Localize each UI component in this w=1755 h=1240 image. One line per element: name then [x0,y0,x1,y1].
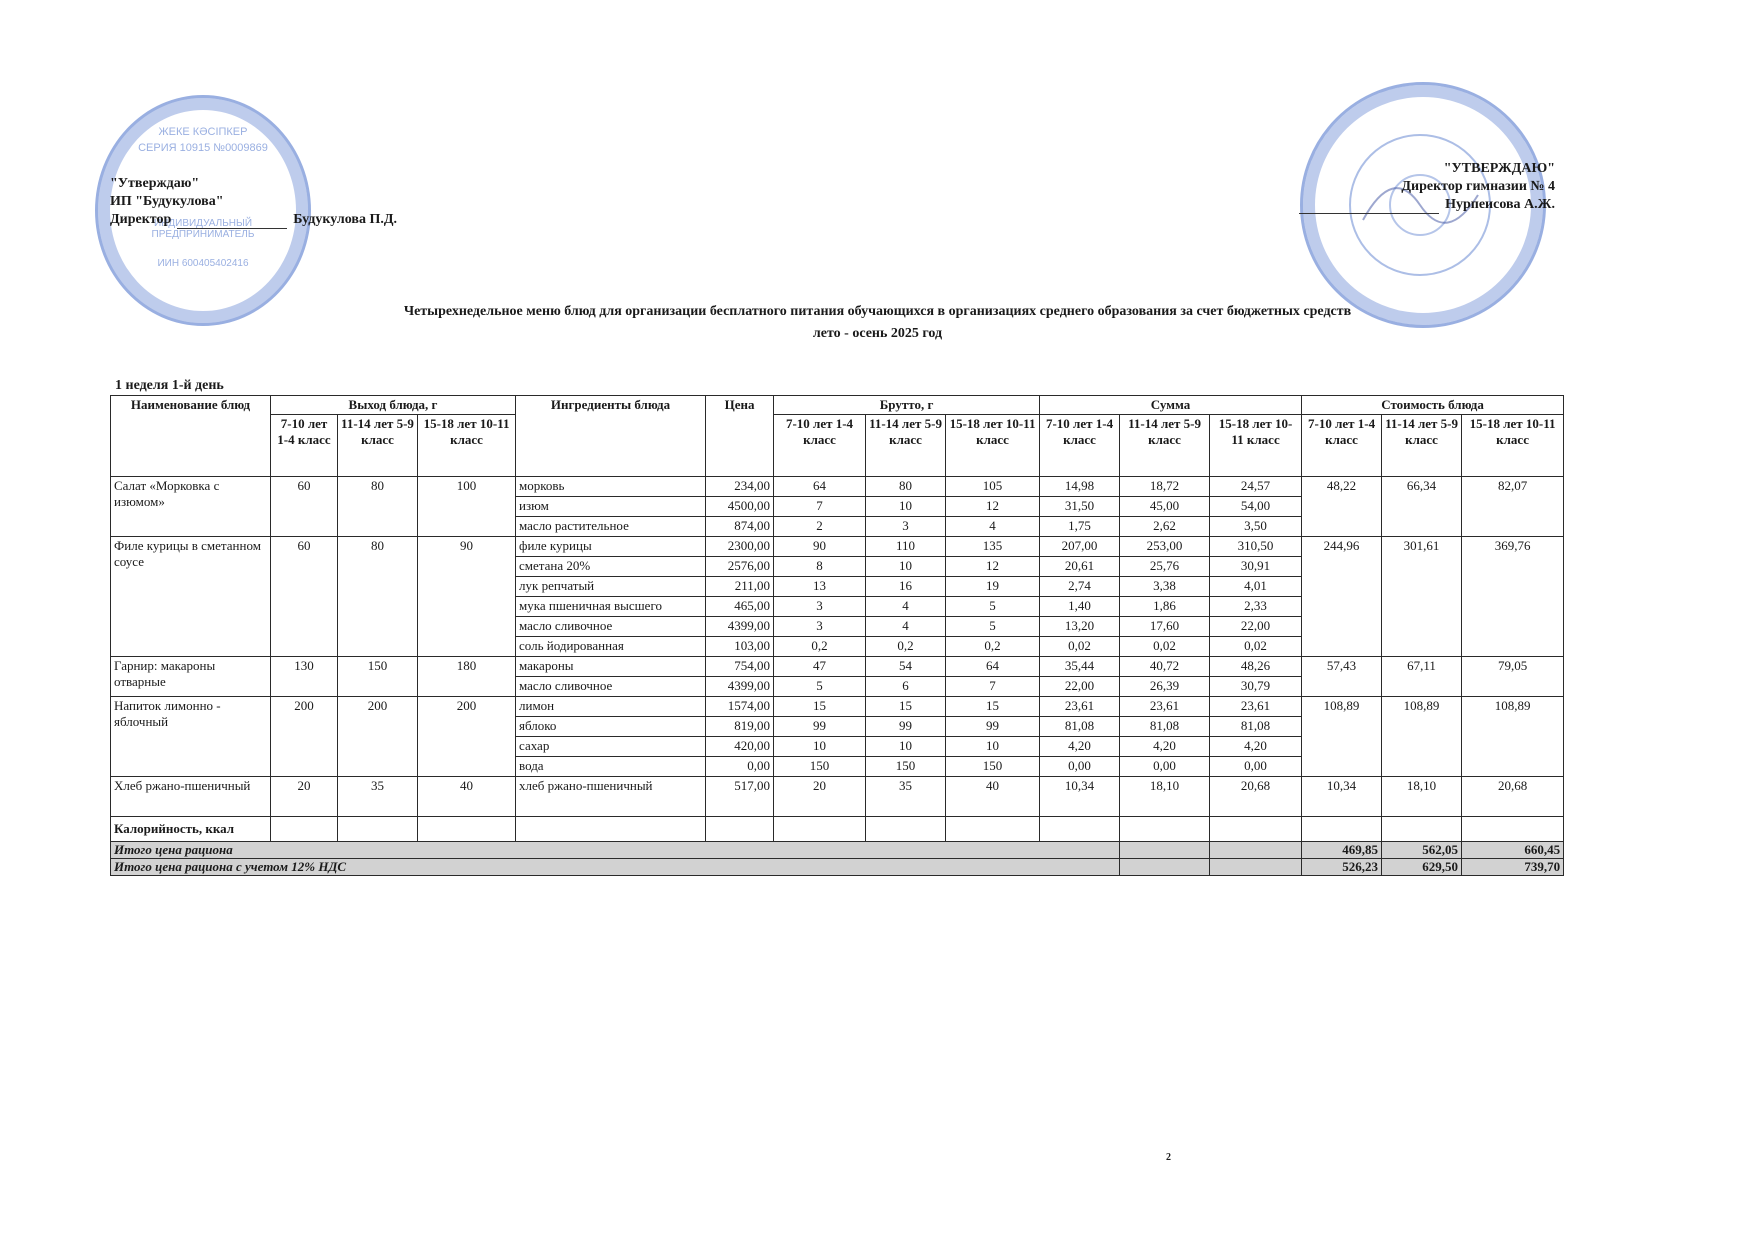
ingredient-sum: 25,76 [1120,557,1210,577]
ingredient-sum: 2,74 [1040,577,1120,597]
ingredient-brutto: 10 [866,497,946,517]
dish-yield: 180 [418,657,516,697]
dish-cost: 48,22 [1302,477,1382,537]
ingredient-price: 819,00 [706,717,774,737]
total-vat-label: Итого цена рациона с учетом 12% НДС [111,859,1120,876]
ingredient-brutto: 7 [774,497,866,517]
ingredient-name: филе курицы [516,537,706,557]
ingredient-sum: 81,08 [1120,717,1210,737]
total-value: 562,05 [1382,842,1462,859]
ingredient-sum: 54,00 [1210,497,1302,517]
ingredient-brutto: 64 [946,657,1040,677]
ingredient-brutto: 5 [946,617,1040,637]
header-sum: Сумма [1040,396,1302,415]
ingredient-sum: 0,02 [1040,637,1120,657]
dish-name: Напиток лимонно - яблочный [111,697,271,777]
ingredient-sum: 26,39 [1120,677,1210,697]
ingredient-name: макароны [516,657,706,677]
ingredient-sum: 81,08 [1040,717,1120,737]
header-price: Цена [706,396,774,477]
header-yield-col: 7-10 лет 1-4 класс [271,415,338,477]
dish-name: Гарнир: макароны отварные [111,657,271,697]
ingredient-price: 465,00 [706,597,774,617]
ingredient-brutto: 47 [774,657,866,677]
ingredient-brutto: 3 [866,517,946,537]
ingredient-brutto: 19 [946,577,1040,597]
dish-yield: 200 [338,697,418,777]
ingredient-brutto: 99 [866,717,946,737]
total-vat-row: Итого цена рациона с учетом 12% НДС 526,… [111,859,1564,876]
ingredient-price: 1574,00 [706,697,774,717]
ingredient-price: 4399,00 [706,617,774,637]
header-cost: Стоимость блюда [1302,396,1564,415]
ingredient-brutto: 150 [774,757,866,777]
header-yield-col: 15-18 лет 10-11 класс [418,415,516,477]
dish-cost: 244,96 [1302,537,1382,657]
approval-right-line1: "УТВЕРЖДАЮ" [1299,160,1555,178]
header-cost-col: 11-14 лет 5-9 класс [1382,415,1462,477]
ingredient-name: яблоко [516,717,706,737]
signature-line [177,228,287,229]
ingredient-brutto: 0,2 [946,637,1040,657]
table-row: Хлеб ржано-пшеничный203540хлеб ржано-пше… [111,777,1564,817]
ingredient-brutto: 54 [866,657,946,677]
approval-left-signature-line: ДиректорБудукулова П.Д. [110,211,397,229]
ingredient-price: 874,00 [706,517,774,537]
header-brutto-col: 11-14 лет 5-9 класс [866,415,946,477]
calories-row: Калорийность, ккал [111,817,1564,842]
ingredient-sum: 48,26 [1210,657,1302,677]
ingredient-sum: 4,20 [1120,737,1210,757]
ingredient-brutto: 110 [866,537,946,557]
dish-yield: 100 [418,477,516,537]
ingredient-brutto: 7 [946,677,1040,697]
ingredient-brutto: 64 [774,477,866,497]
dish-cost: 369,76 [1462,537,1564,657]
table-row: Напиток лимонно - яблочный200200200лимон… [111,697,1564,717]
ingredient-name: морковь [516,477,706,497]
total-value: 660,45 [1462,842,1564,859]
dish-cost: 108,89 [1302,697,1382,777]
ingredient-price: 2576,00 [706,557,774,577]
dish-yield: 200 [418,697,516,777]
ingredient-name: соль йодированная [516,637,706,657]
header-sum-col: 7-10 лет 1-4 класс [1040,415,1120,477]
ingredient-name: хлеб ржано-пшеничный [516,777,706,817]
dish-cost: 57,43 [1302,657,1382,697]
ingredient-sum: 4,20 [1040,737,1120,757]
approval-right-name: Нурпеисова А.Ж. [1445,197,1555,212]
ingredient-brutto: 99 [946,717,1040,737]
ingredient-name: сметана 20% [516,557,706,577]
ingredient-sum: 1,40 [1040,597,1120,617]
ingredient-sum: 0,00 [1120,757,1210,777]
ingredient-sum: 0,00 [1210,757,1302,777]
dish-cost: 82,07 [1462,477,1564,537]
ingredient-sum: 14,98 [1040,477,1120,497]
header-sum-col: 15-18 лет 10-11 класс [1210,415,1302,477]
ingredient-brutto: 0,2 [866,637,946,657]
ingredient-sum: 253,00 [1120,537,1210,557]
table-row: Салат «Морковка с изюмом»6080100морковь2… [111,477,1564,497]
ingredient-brutto: 80 [866,477,946,497]
ingredient-brutto: 4 [946,517,1040,537]
stamp-left-series: СЕРИЯ 10915 №0009869 [98,142,308,154]
ingredient-sum: 1,75 [1040,517,1120,537]
ingredient-brutto: 4 [866,597,946,617]
total-vat-value: 739,70 [1462,859,1564,876]
dish-yield: 130 [271,657,338,697]
approval-left: "Утверждаю" ИП "Будукулова" ДиректорБуду… [110,175,397,229]
ingredient-sum: 3,38 [1120,577,1210,597]
dish-cost: 79,05 [1462,657,1564,697]
dish-cost: 108,89 [1462,697,1564,777]
dish-cost: 108,89 [1382,697,1462,777]
header-yield-col: 11-14 лет 5-9 класс [338,415,418,477]
dish-cost: 10,34 [1302,777,1382,817]
ingredient-sum: 310,50 [1210,537,1302,557]
menu-table-body: Салат «Морковка с изюмом»6080100морковь2… [111,477,1564,817]
ingredient-price: 4399,00 [706,677,774,697]
header-cost-col: 7-10 лет 1-4 класс [1302,415,1382,477]
dish-name: Филе курицы в сметанном соусе [111,537,271,657]
ingredient-price: 211,00 [706,577,774,597]
ingredient-sum: 18,72 [1120,477,1210,497]
header-dish-name: Наименование блюд [111,396,271,477]
ingredient-name: масло растительное [516,517,706,537]
dish-yield: 35 [338,777,418,817]
ingredient-brutto: 90 [774,537,866,557]
total-vat-value: 629,50 [1382,859,1462,876]
ingredient-brutto: 2 [774,517,866,537]
ingredient-price: 517,00 [706,777,774,817]
ingredient-name: мука пшеничная высшего [516,597,706,617]
ingredient-sum: 0,00 [1040,757,1120,777]
ingredient-name: масло сливочное [516,677,706,697]
ingredient-sum: 23,61 [1210,697,1302,717]
dish-yield: 80 [338,537,418,657]
document-title: Четырехнедельное меню блюд для организац… [0,304,1755,320]
ingredient-brutto: 4 [866,617,946,637]
dish-cost: 66,34 [1382,477,1462,537]
approval-left-role: Директор [110,212,171,227]
ingredient-brutto: 10 [866,557,946,577]
dish-name: Хлеб ржано-пшеничный [111,777,271,817]
ingredient-brutto: 10 [866,737,946,757]
stamp-left-iin: ИИН 600405402416 [98,258,308,269]
stamp-left-top-text: ЖЕКЕ КӘСІПКЕР [98,126,308,138]
table-row: Филе курицы в сметанном соусе608090филе … [111,537,1564,557]
header-yield: Выход блюда, г [271,396,516,415]
ingredient-brutto: 5 [774,677,866,697]
ingredient-price: 103,00 [706,637,774,657]
ingredient-price: 420,00 [706,737,774,757]
ingredient-sum: 30,79 [1210,677,1302,697]
page-number: 2 [1166,1152,1171,1163]
dish-yield: 20 [271,777,338,817]
ingredient-sum: 13,20 [1040,617,1120,637]
ingredient-sum: 207,00 [1040,537,1120,557]
ingredient-brutto: 15 [946,697,1040,717]
dish-cost: 301,61 [1382,537,1462,657]
ingredient-name: вода [516,757,706,777]
total-label: Итого цена рациона [111,842,1120,859]
ingredient-brutto: 8 [774,557,866,577]
approval-left-line1: "Утверждаю" [110,175,397,193]
header-ingredients: Ингредиенты блюда [516,396,706,477]
ingredient-name: лимон [516,697,706,717]
ingredient-brutto: 12 [946,497,1040,517]
header-brutto-col: 15-18 лет 10-11 класс [946,415,1040,477]
ingredient-sum: 23,61 [1040,697,1120,717]
ingredient-brutto: 10 [774,737,866,757]
approval-left-line2: ИП "Будукулова" [110,193,397,211]
ingredient-sum: 22,00 [1040,677,1120,697]
header-cost-col: 15-18 лет 10-11 класс [1462,415,1564,477]
header-brutto-col: 7-10 лет 1-4 класс [774,415,866,477]
ingredient-sum: 1,86 [1120,597,1210,617]
ingredient-brutto: 0,2 [774,637,866,657]
ingredient-brutto: 16 [866,577,946,597]
ingredient-price: 2300,00 [706,537,774,557]
total-vat-value: 526,23 [1302,859,1382,876]
ingredient-brutto: 35 [866,777,946,817]
ingredient-sum: 24,57 [1210,477,1302,497]
ingredient-sum: 4,01 [1210,577,1302,597]
dish-yield: 200 [271,697,338,777]
approval-right-signature-line: Нурпеисова А.Ж. [1299,196,1555,214]
dish-yield: 90 [418,537,516,657]
dish-cost: 67,11 [1382,657,1462,697]
ingredient-sum: 31,50 [1040,497,1120,517]
ingredient-name: сахар [516,737,706,757]
ingredient-brutto: 12 [946,557,1040,577]
ingredient-sum: 4,20 [1210,737,1302,757]
ingredient-sum: 3,50 [1210,517,1302,537]
ingredient-brutto: 3 [774,597,866,617]
approval-left-name: Будукулова П.Д. [293,212,397,227]
ingredient-brutto: 40 [946,777,1040,817]
approval-right: "УТВЕРЖДАЮ" Директор гимназии № 4 Нурпеи… [1299,160,1555,214]
approval-right-line2: Директор гимназии № 4 [1299,178,1555,196]
ingredient-sum: 0,02 [1120,637,1210,657]
ingredient-sum: 81,08 [1210,717,1302,737]
ingredient-sum: 10,34 [1040,777,1120,817]
ingredient-price: 0,00 [706,757,774,777]
dish-name: Салат «Морковка с изюмом» [111,477,271,537]
ingredient-name: лук репчатый [516,577,706,597]
ingredient-sum: 30,91 [1210,557,1302,577]
dish-yield: 60 [271,477,338,537]
day-label: 1 неделя 1-й день [115,378,224,394]
dish-cost: 18,10 [1382,777,1462,817]
table-row: Гарнир: макароны отварные130150180макаро… [111,657,1564,677]
ingredient-brutto: 20 [774,777,866,817]
dish-yield: 150 [338,657,418,697]
ingredient-sum: 45,00 [1120,497,1210,517]
ingredient-brutto: 99 [774,717,866,737]
ingredient-brutto: 6 [866,677,946,697]
ingredient-name: масло сливочное [516,617,706,637]
signature-line [1299,213,1439,214]
dish-yield: 80 [338,477,418,537]
ingredient-sum: 22,00 [1210,617,1302,637]
total-value: 469,85 [1302,842,1382,859]
ingredient-sum: 35,44 [1040,657,1120,677]
dish-cost: 20,68 [1462,777,1564,817]
ingredient-brutto: 15 [866,697,946,717]
ingredient-brutto: 105 [946,477,1040,497]
ingredient-sum: 40,72 [1120,657,1210,677]
ingredient-brutto: 5 [946,597,1040,617]
ingredient-sum: 20,61 [1040,557,1120,577]
calories-label: Калорийность, ккал [111,817,271,842]
ingredient-brutto: 135 [946,537,1040,557]
ingredient-brutto: 13 [774,577,866,597]
ingredient-sum: 17,60 [1120,617,1210,637]
dish-yield: 60 [271,537,338,657]
ingredient-sum: 0,02 [1210,637,1302,657]
ingredient-price: 4500,00 [706,497,774,517]
ingredient-sum: 23,61 [1120,697,1210,717]
ingredient-price: 754,00 [706,657,774,677]
ingredient-sum: 18,10 [1120,777,1210,817]
ingredient-brutto: 15 [774,697,866,717]
header-brutto: Брутто, г [774,396,1040,415]
header-sum-col: 11-14 лет 5-9 класс [1120,415,1210,477]
ingredient-brutto: 150 [946,757,1040,777]
ingredient-sum: 2,62 [1120,517,1210,537]
total-row: Итого цена рациона 469,85 562,05 660,45 [111,842,1564,859]
document-subtitle: лето - осень 2025 год [0,326,1755,342]
ingredient-sum: 20,68 [1210,777,1302,817]
dish-yield: 40 [418,777,516,817]
ingredient-sum: 2,33 [1210,597,1302,617]
menu-table: Наименование блюд Выход блюда, г Ингреди… [110,395,1564,876]
ingredient-name: изюм [516,497,706,517]
ingredient-price: 234,00 [706,477,774,497]
ingredient-brutto: 10 [946,737,1040,757]
ingredient-brutto: 150 [866,757,946,777]
ingredient-brutto: 3 [774,617,866,637]
